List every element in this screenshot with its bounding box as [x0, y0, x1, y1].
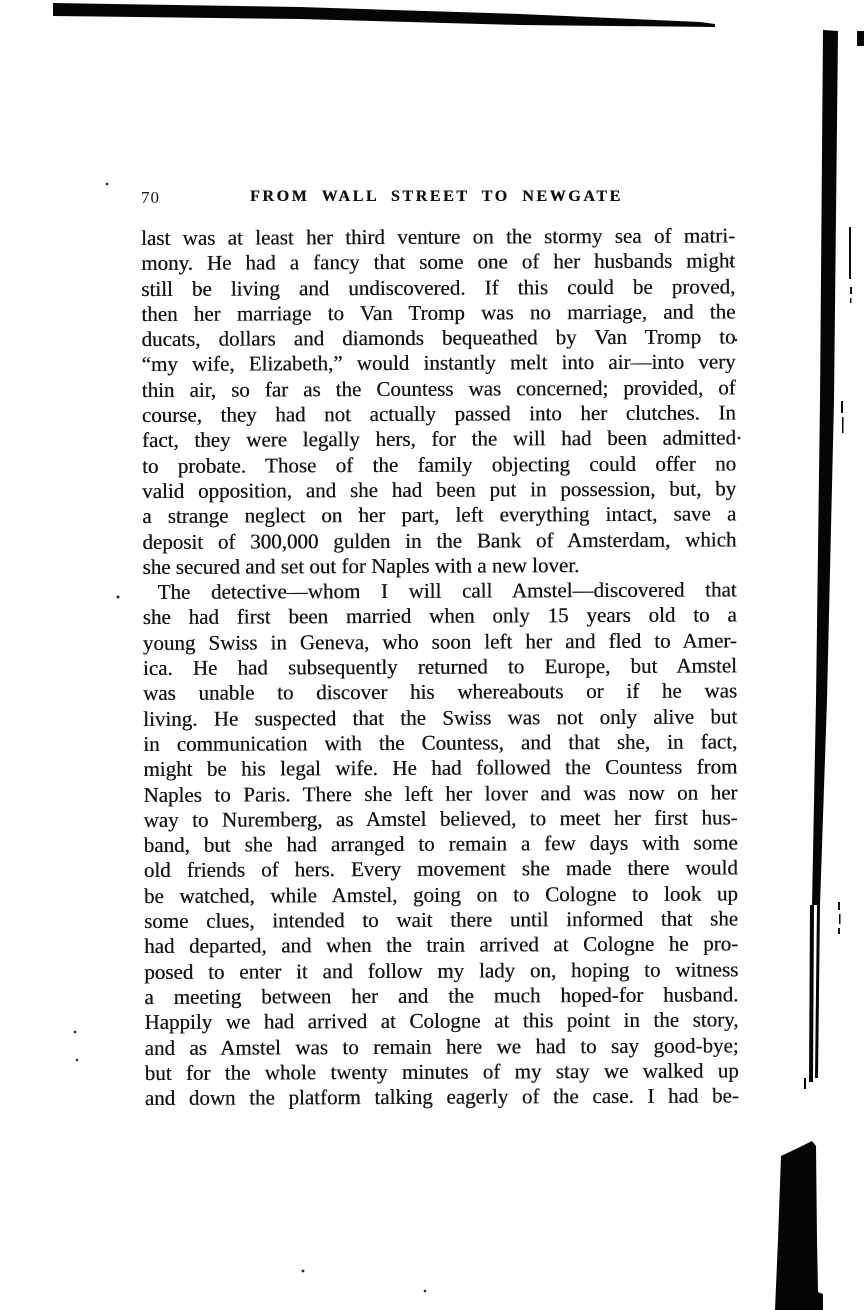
scan-artifact-margin-dash — [838, 928, 840, 934]
scan-noise-dot — [424, 1290, 427, 1293]
text-line: course, they had not actually passed int… — [142, 400, 736, 428]
text-line: fact, they were legally hers, for the wi… — [142, 426, 736, 454]
scan-noise-dot — [74, 1031, 77, 1034]
scan-noise-dot — [302, 1270, 305, 1273]
page-header: 70 FROM WALL STREET TO NEWGATE — [0, 186, 864, 210]
text-line: ica. He had subsequently returned to Eur… — [143, 653, 737, 681]
text-line: and down the platform talking eagerly of… — [145, 1083, 739, 1111]
text-line: “my wife, Elizabeth,” would instantly me… — [142, 350, 736, 378]
text-line: thin air, so far as the Countess was con… — [142, 375, 736, 403]
scan-artifact-right-line-1 — [809, 905, 814, 1082]
text-line: to probate. Those of the family objectin… — [142, 451, 736, 479]
scan-artifact-margin-dash — [850, 287, 852, 294]
page-number: 70 — [141, 188, 160, 208]
scan-artifact-margin-dash — [838, 902, 840, 910]
scanned-book-page: 70 FROM WALL STREET TO NEWGATE last was … — [0, 0, 864, 1310]
text-line: a meeting between her and the much hoped… — [144, 982, 738, 1010]
text-line: might be his legal wife. He had followed… — [143, 755, 737, 783]
text-column: last was at least her third venture on t… — [141, 223, 739, 1111]
text-line: valid opposition, and she had been put i… — [142, 476, 736, 504]
scan-artifact-margin-dash — [850, 298, 852, 303]
text-line: Naples to Paris. There she left her love… — [143, 780, 737, 808]
text-line: then her marriage to Van Tromp was no ma… — [141, 299, 735, 327]
scan-noise-dot — [76, 1059, 79, 1062]
text-line: band, but she had arranged to remain a f… — [144, 831, 738, 859]
text-line: was unable to discover his whereabouts o… — [143, 679, 737, 707]
text-line: be watched, while Amstel, going on to Co… — [144, 881, 738, 909]
text-line: way to Nuremberg, as Amstel believed, to… — [144, 805, 738, 833]
scan-artifact-margin-dash — [804, 1078, 806, 1089]
text-line: young Swiss in Geneva, who soon left her… — [143, 628, 737, 656]
text-line: and as Amstel was to remain here we had … — [145, 1033, 739, 1061]
text-line: had departed, and when the train arrived… — [144, 932, 738, 960]
scan-artifact-right-line-2 — [815, 905, 820, 1078]
text-line: last was at least her third venture on t… — [141, 223, 735, 251]
text-line: The detective—whom I will call Amstel—di… — [143, 578, 737, 606]
text-line: posed to enter it and follow my lady on,… — [144, 957, 738, 985]
text-line: but for the whole twenty minutes of my s… — [145, 1058, 739, 1086]
scan-artifact-margin-line — [849, 227, 851, 279]
running-title: FROM WALL STREET TO NEWGATE — [250, 188, 623, 206]
scan-noise-dot — [738, 437, 741, 440]
text-line: still be living and undiscovered. If thi… — [141, 274, 735, 302]
text-line: Happily we had arrived at Cologne at thi… — [144, 1008, 738, 1036]
text-line: some clues, intended to wait there until… — [144, 906, 738, 934]
scan-artifact-top-right-mark — [857, 31, 864, 46]
text-line: living. He suspected that the Swiss was … — [143, 704, 737, 732]
text-line: ducats, dollars and diamonds bequeathed … — [141, 325, 735, 353]
text-line: deposit of 300,000 gulden in the Bank of… — [142, 527, 736, 555]
scan-artifact-bottom-blob — [775, 1141, 823, 1310]
scan-artifact-top-bar — [53, 3, 715, 27]
scan-artifact-margin-dash — [841, 401, 843, 413]
scan-artifact-margin-dash — [842, 417, 844, 433]
text-line: mony. He had a fancy that some one of he… — [141, 249, 735, 277]
scan-artifact-margin-dash — [839, 914, 841, 924]
text-line: in communication with the Countess, and … — [143, 729, 737, 757]
text-line: a strange neglect on her part, left ever… — [142, 502, 736, 530]
text-line: she secured and set out for Naples with … — [142, 552, 736, 580]
text-line: she had first been married when only 15 … — [143, 603, 737, 631]
scan-noise-dot — [106, 183, 109, 186]
scan-noise-dot — [117, 596, 120, 599]
text-line: old friends of hers. Every movement she … — [144, 856, 738, 884]
scan-artifact-right-bar — [812, 30, 838, 905]
